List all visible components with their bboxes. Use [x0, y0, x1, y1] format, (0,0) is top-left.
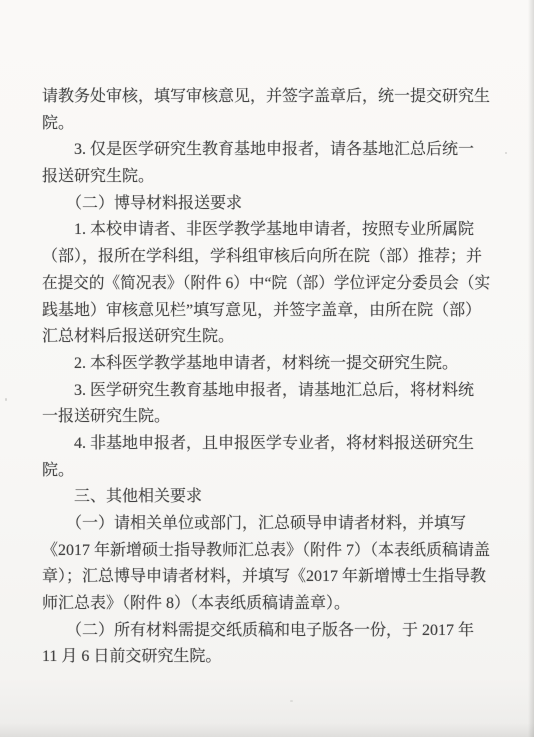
- text-line: 一报送研究生院。: [42, 404, 490, 431]
- scanned-document-page: 请教务处审核，填写审核意见，并签字盖章后，统一提交研究生 院。 3. 仅是医学研…: [0, 0, 534, 737]
- section-heading: 三、其他相关要求: [42, 484, 490, 511]
- text-line: 院。: [42, 111, 490, 138]
- text-line: 汇总材料后报送研究生院。: [42, 324, 490, 351]
- scan-speck: [5, 398, 7, 401]
- section-heading: （二）博导材料报送要求: [42, 191, 490, 218]
- text-line: 请教务处审核，填写审核意见，并签字盖章后，统一提交研究生: [42, 84, 490, 111]
- scan-speck: [505, 152, 507, 154]
- text-line: 章）；汇总博导申请者材料，并填写《2017 年新增博士生指导教: [42, 564, 490, 591]
- scan-speck: [290, 700, 293, 702]
- text-line: 4. 非基地申报者，且申报医学专业者，将材料报送研究生: [42, 431, 490, 458]
- text-line: 在提交的《简况表》（附件 6）中“院（部）学位评定分委员会（实: [42, 271, 479, 298]
- text-line: 1. 本校申请者、非医学教学基地申请者，按照专业所属院: [42, 217, 490, 244]
- text-line: 师汇总表》（附件 8）（本表纸质稿请盖章）。: [42, 591, 490, 618]
- text-line: 11 月 6 日前交研究生院。: [42, 644, 490, 671]
- text-line: 2. 本科医学教学基地申请者，材料统一提交研究生院。: [42, 351, 490, 378]
- scan-edge-shadow: [0, 723, 534, 737]
- text-line: （部），报所在学科组，学科组审核后向所在院（部）推荐；并: [42, 244, 490, 271]
- text-line: （一）请相关单位或部门，汇总硕导申请者材料，并填写: [42, 511, 490, 538]
- text-line: 《2017 年新增硕士指导教师汇总表》（附件 7）（本表纸质稿请盖: [42, 538, 490, 565]
- text-line: 践基地）审核意见栏”填写意见，并签字盖章，由所在院（部）: [42, 298, 490, 325]
- scan-edge-shadow: [528, 0, 534, 737]
- text-line: 3. 医学研究生教育基地申报者，请基地汇总后，将材料统: [42, 378, 490, 405]
- text-line: 3. 仅是医学研究生教育基地申报者，请各基地汇总后统一: [42, 137, 490, 164]
- text-line: 报送研究生院。: [42, 164, 490, 191]
- text-line: 院。: [42, 458, 490, 485]
- document-body: 请教务处审核，填写审核意见，并签字盖章后，统一提交研究生 院。 3. 仅是医学研…: [42, 84, 490, 671]
- text-line: （二）所有材料需提交纸质稿和电子版各一份，于 2017 年: [42, 618, 490, 645]
